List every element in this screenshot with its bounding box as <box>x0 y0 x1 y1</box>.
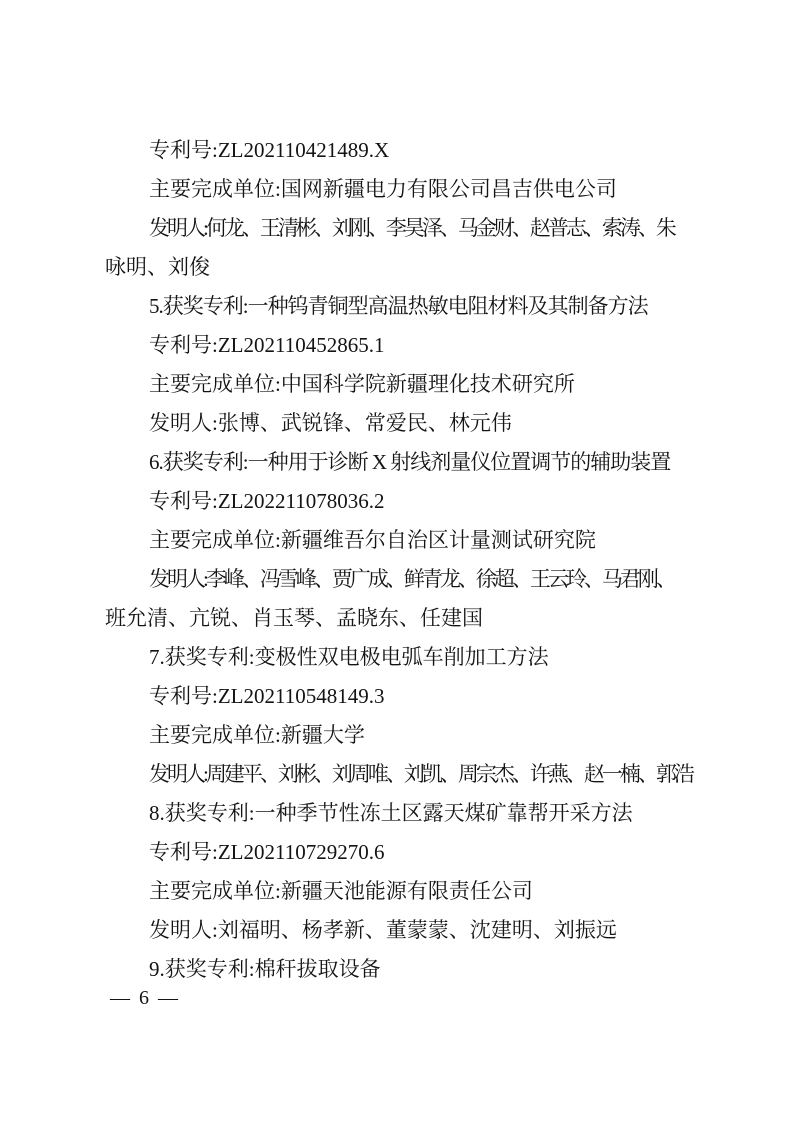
page-number: — 6 — <box>110 985 180 1011</box>
inventors-continuation-line: 班允清、亢锐、肖玉琴、孟晓东、任建国 <box>105 599 745 638</box>
awarded-patent-title-line-8: 8.获奖专利:一种季节性冻土区露天煤矿靠帮开采方法 <box>105 794 745 833</box>
document-body: 专利号:ZL202110421489.X 主要完成单位:国网新疆电力有限公司昌吉… <box>105 131 745 989</box>
main-completion-unit-line: 主要完成单位:国网新疆电力有限公司昌吉供电公司 <box>105 170 745 209</box>
awarded-patent-title-line-5: 5.获奖专利:一种钨青铜型高温热敏电阻材料及其制备方法 <box>105 287 745 326</box>
document-page: 专利号:ZL202110421489.X 主要完成单位:国网新疆电力有限公司昌吉… <box>0 0 793 1122</box>
inventors-line: 发明人:李峰、冯雪峰、贾广成、鲜青龙、徐超、王云玲、马君刚、 <box>105 560 745 599</box>
inventors-line: 发明人:周建平、刘彬、刘周唯、刘凯、周宗杰、许燕、赵一楠、郭浩 <box>105 755 745 794</box>
awarded-patent-title-line-7: 7.获奖专利:变极性双电极电弧车削加工方法 <box>105 638 745 677</box>
inventors-line: 发明人:刘福明、杨孝新、董蒙蒙、沈建明、刘振远 <box>105 911 745 950</box>
awarded-patent-title-line-6: 6.获奖专利:一种用于诊断 X 射线剂量仪位置调节的辅助装置 <box>105 443 745 482</box>
main-completion-unit-line: 主要完成单位:新疆天池能源有限责任公司 <box>105 872 745 911</box>
main-completion-unit-line: 主要完成单位:新疆维吾尔自治区计量测试研究院 <box>105 521 745 560</box>
patent-number-line: 专利号:ZL202211078036.2 <box>105 482 745 521</box>
patent-number-line: 专利号:ZL202110729270.6 <box>105 833 745 872</box>
main-completion-unit-line: 主要完成单位:中国科学院新疆理化技术研究所 <box>105 365 745 404</box>
inventors-line: 发明人:张博、武锐锋、常爱民、林元伟 <box>105 404 745 443</box>
patent-number-line: 专利号:ZL202110548149.3 <box>105 677 745 716</box>
inventors-line: 发明人:何龙、王清彬、刘刚、李昊泽、马金财、赵普志、索涛、朱 <box>105 209 745 248</box>
patent-number-line: 专利号:ZL202110421489.X <box>105 131 745 170</box>
patent-number-line: 专利号:ZL202110452865.1 <box>105 326 745 365</box>
awarded-patent-title-line-9: 9.获奖专利:棉秆拔取设备 <box>105 950 745 989</box>
inventors-continuation-line: 咏明、刘俊 <box>105 248 745 287</box>
main-completion-unit-line: 主要完成单位:新疆大学 <box>105 716 745 755</box>
